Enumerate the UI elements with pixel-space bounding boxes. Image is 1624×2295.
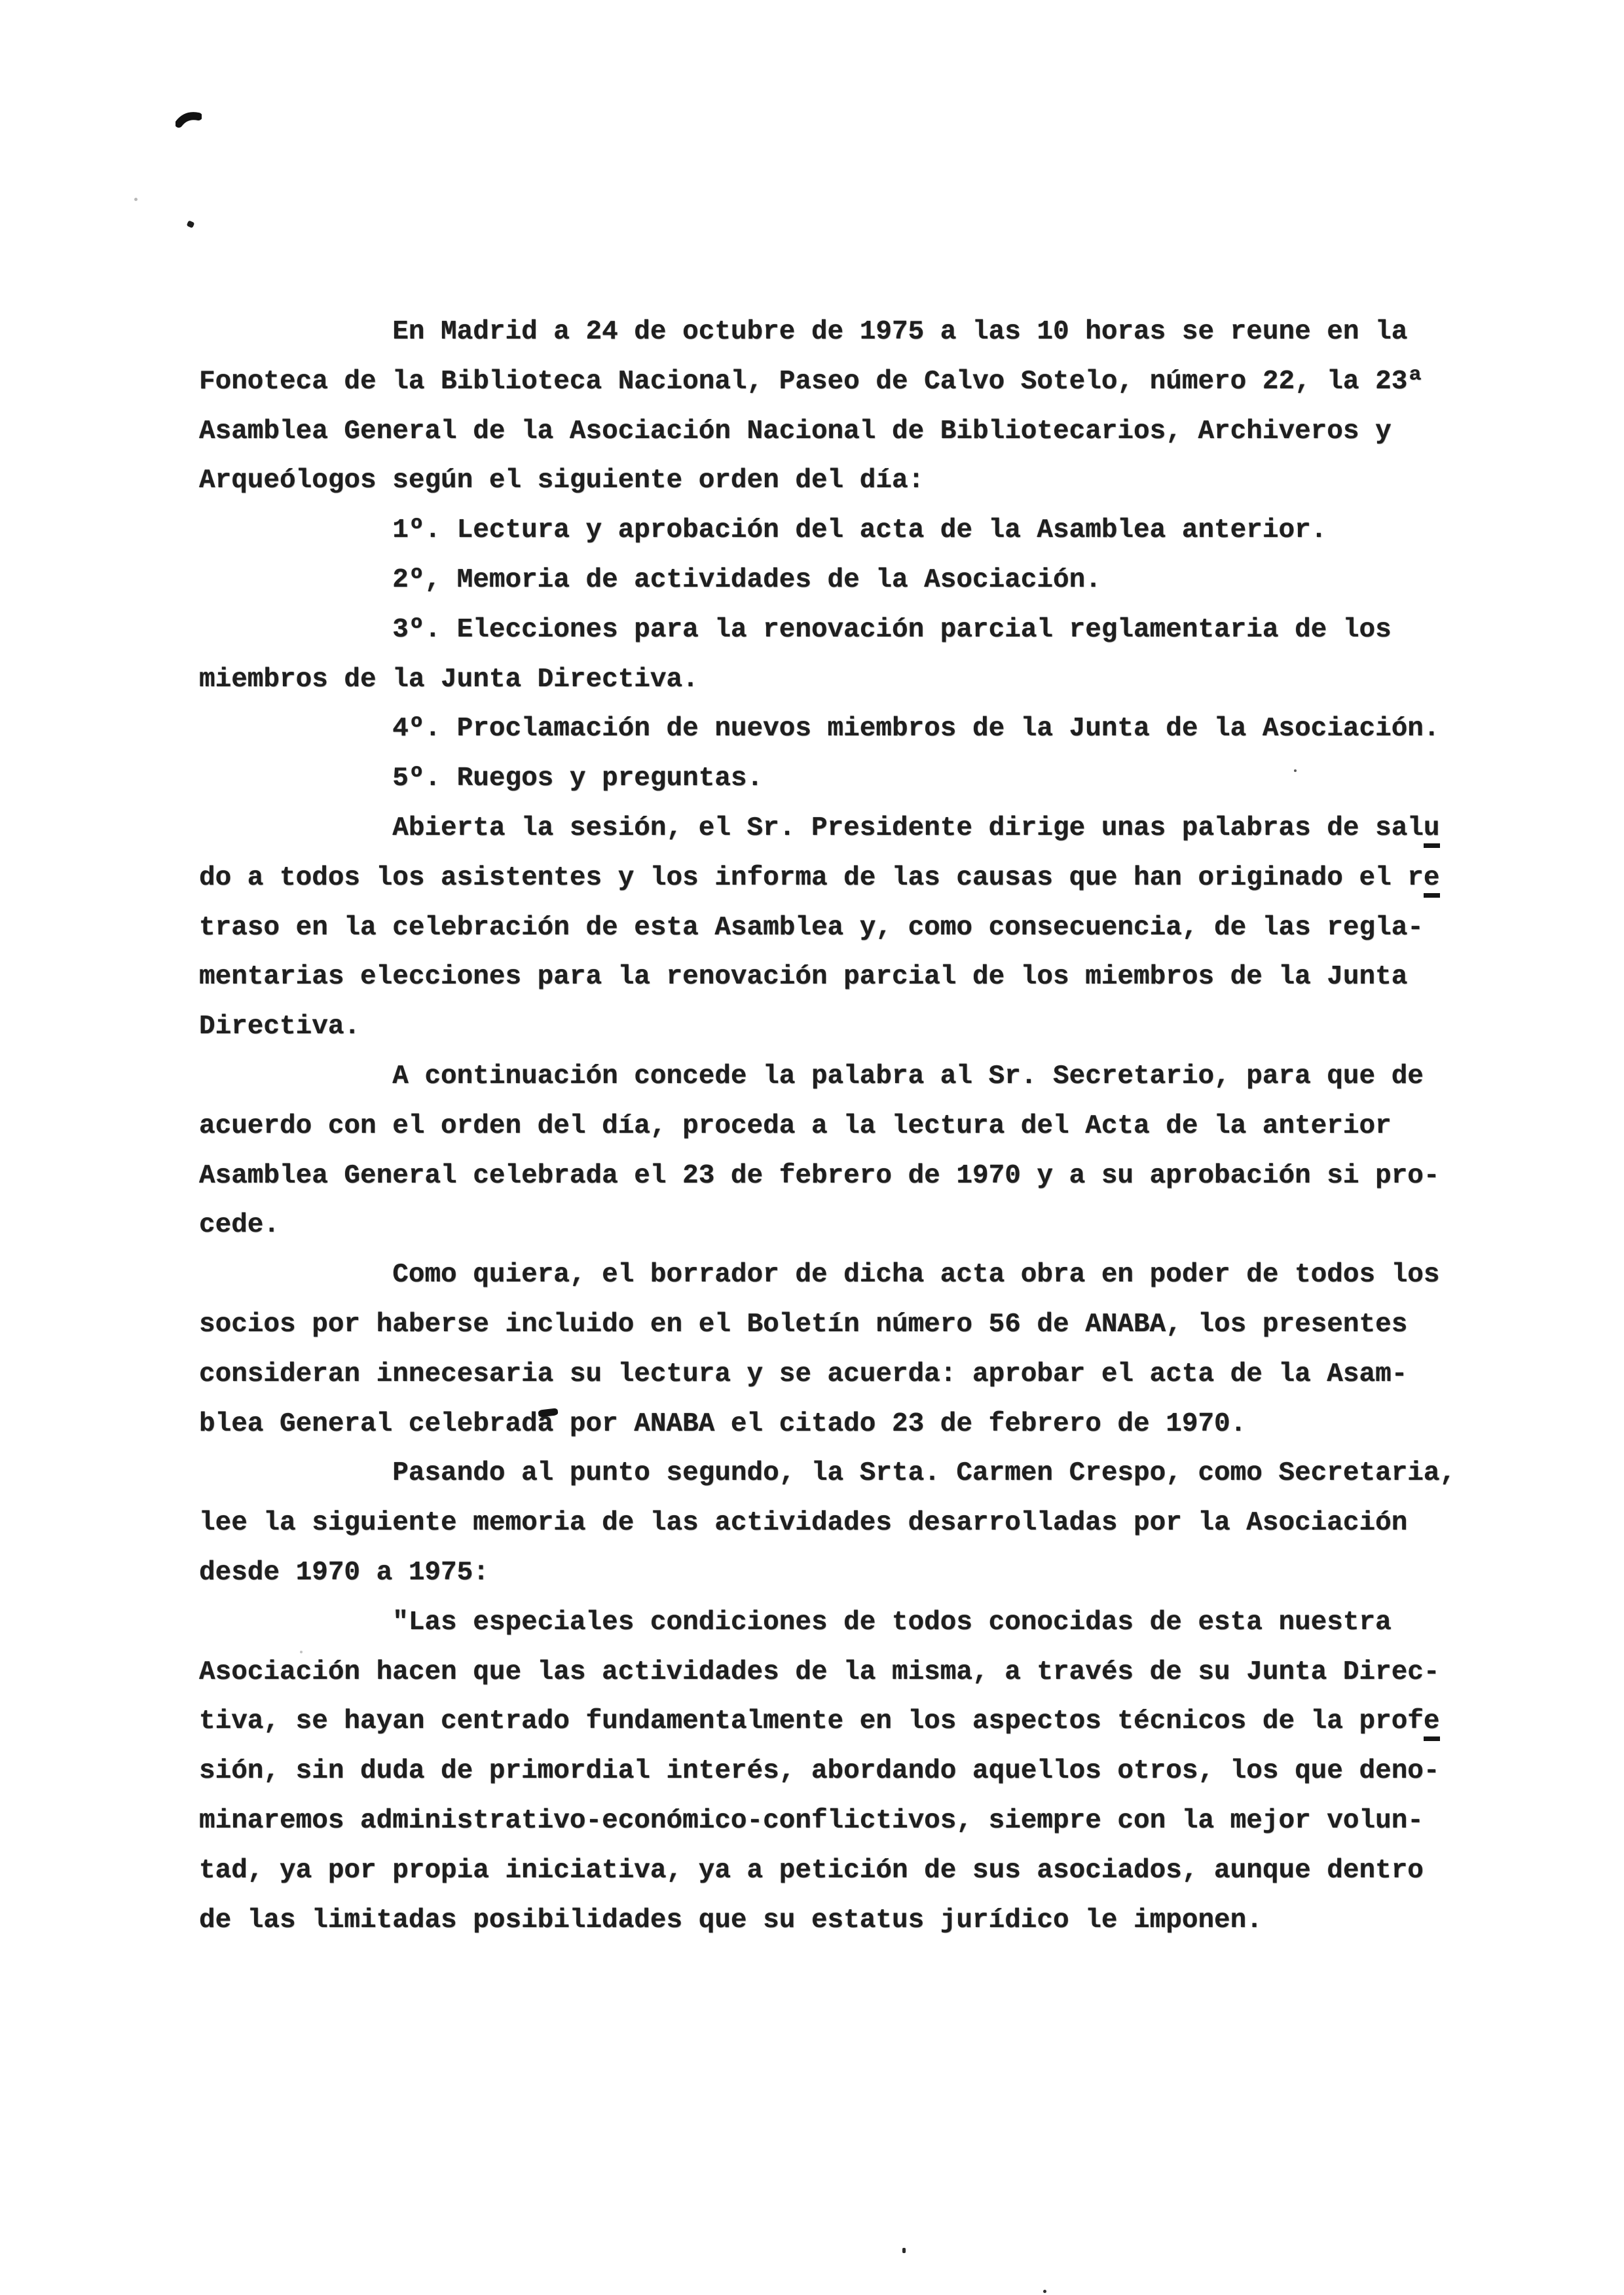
document-page: En Madrid a 24 de octubre de 1975 a las … — [0, 0, 1624, 2295]
text-line: sión, sin duda de primordial interés, ab… — [199, 1747, 1541, 1797]
text-line: traso en la celebración de esta Asamblea… — [199, 904, 1541, 953]
line-text: Como quiera, el borrador de dicha acta o… — [199, 1260, 1440, 1290]
text-line: socios por haberse incluido en el Boletí… — [199, 1300, 1541, 1350]
line-text: cede. — [199, 1210, 280, 1240]
line-text: Arqueólogos según el siguiente orden del… — [199, 466, 924, 496]
ink-speck — [134, 198, 138, 201]
underlined-syllable: e — [1424, 863, 1440, 898]
line-text: 2º, Memoria de actividades de la Asociac… — [199, 565, 1101, 595]
line-text: sión, sin duda de primordial interés, ab… — [199, 1756, 1440, 1786]
line-text: minaremos administrativo-económico-confl… — [199, 1806, 1424, 1836]
text-line: Asamblea General celebrada el 23 de febr… — [199, 1152, 1541, 1202]
text-line: miembros de la Junta Directiva. — [199, 655, 1541, 705]
text-line: Directiva. — [199, 1002, 1541, 1052]
line-text: lee la siguiente memoria de las activida… — [199, 1508, 1407, 1538]
text-line: Arqueólogos según el siguiente orden del… — [199, 456, 1541, 506]
line-text: desde 1970 a 1975: — [199, 1558, 489, 1588]
text-line: Fonoteca de la Biblioteca Nacional, Pase… — [199, 358, 1541, 407]
line-text: Asamblea General celebrada el 23 de febr… — [199, 1161, 1440, 1191]
line-text: Asamblea General de la Asociación Nacion… — [199, 416, 1392, 447]
text-line: 3º. Elecciones para la renovación parcia… — [199, 606, 1541, 655]
line-text: mentarias elecciones para la renovación … — [199, 962, 1407, 992]
line-text: tiva, se hayan centrado fundamentalmente… — [199, 1706, 1424, 1736]
text-line: acuerdo con el orden del día, proceda a … — [199, 1102, 1541, 1152]
ink-speck — [1043, 2290, 1046, 2293]
line-text: Fonoteca de la Biblioteca Nacional, Pase… — [199, 367, 1424, 397]
text-line: 4º. Proclamación de nuevos miembros de l… — [199, 705, 1541, 754]
text-line: Asamblea General de la Asociación Nacion… — [199, 407, 1541, 457]
text-line: blea General celebrada por ANABA el cita… — [199, 1400, 1541, 1450]
text-line: A continuación concede la palabra al Sr.… — [199, 1052, 1541, 1102]
line-text: blea General celebrada por ANABA el cita… — [199, 1409, 1246, 1439]
line-text: 4º. Proclamación de nuevos miembros de l… — [199, 714, 1440, 744]
line-text: A continuación concede la palabra al Sr.… — [199, 1061, 1424, 1092]
line-text: En Madrid a 24 de octubre de 1975 a las … — [199, 317, 1407, 347]
text-line: En Madrid a 24 de octubre de 1975 a las … — [199, 308, 1541, 358]
ink-speck — [902, 2248, 906, 2253]
text-line: 5º. Ruegos y preguntas. — [199, 754, 1541, 804]
typewritten-text-block: En Madrid a 24 de octubre de 1975 a las … — [199, 308, 1541, 1945]
text-line: Pasando al punto segundo, la Srta. Carme… — [199, 1449, 1541, 1499]
underlined-syllable: e — [1424, 1706, 1440, 1741]
text-line: 2º, Memoria de actividades de la Asociac… — [199, 556, 1541, 606]
text-line: tiva, se hayan centrado fundamentalmente… — [199, 1697, 1541, 1747]
text-line: cede. — [199, 1201, 1541, 1251]
line-text: 1º. Lectura y aprobación del acta de la … — [199, 515, 1327, 545]
line-text: Pasando al punto segundo, la Srta. Carme… — [199, 1458, 1456, 1488]
line-text: "Las especiales condiciones de todos con… — [199, 1607, 1392, 1638]
text-line: Asociación hacen que las actividades de … — [199, 1648, 1541, 1698]
line-text: tad, ya por propia iniciativa, ya a peti… — [199, 1856, 1424, 1886]
text-line: minaremos administrativo-económico-confl… — [199, 1797, 1541, 1846]
text-line: do a todos los asistentes y los informa … — [199, 854, 1541, 904]
line-text: Abierta la sesión, el Sr. Presidente dir… — [199, 813, 1424, 843]
ink-speck — [187, 220, 195, 228]
line-text: 3º. Elecciones para la renovación parcia… — [199, 615, 1392, 645]
text-line: de las limitadas posibilidades que su es… — [199, 1896, 1541, 1946]
ink-smudge-mark — [175, 111, 202, 130]
text-line: consideran innecesaria su lectura y se a… — [199, 1350, 1541, 1400]
text-line: Abierta la sesión, el Sr. Presidente dir… — [199, 804, 1541, 854]
text-line: "Las especiales condiciones de todos con… — [199, 1598, 1541, 1648]
text-line: lee la siguiente memoria de las activida… — [199, 1499, 1541, 1549]
text-line: desde 1970 a 1975: — [199, 1549, 1541, 1598]
line-text: miembros de la Junta Directiva. — [199, 665, 699, 695]
text-line: mentarias elecciones para la renovación … — [199, 953, 1541, 1002]
line-text: socios por haberse incluido en el Boletí… — [199, 1310, 1407, 1340]
line-text: Directiva. — [199, 1012, 360, 1042]
line-text: consideran innecesaria su lectura y se a… — [199, 1359, 1407, 1389]
line-text: Asociación hacen que las actividades de … — [199, 1657, 1440, 1687]
text-line: 1º. Lectura y aprobación del acta de la … — [199, 506, 1541, 556]
line-text: do a todos los asistentes y los informa … — [199, 863, 1424, 893]
line-text: de las limitadas posibilidades que su es… — [199, 1905, 1263, 1936]
line-text: 5º. Ruegos y preguntas. — [199, 763, 763, 794]
line-text: traso en la celebración de esta Asamblea… — [199, 913, 1424, 943]
underlined-syllable: u — [1424, 813, 1440, 848]
text-line: Como quiera, el borrador de dicha acta o… — [199, 1251, 1541, 1300]
line-text: acuerdo con el orden del día, proceda a … — [199, 1111, 1392, 1141]
text-line: tad, ya por propia iniciativa, ya a peti… — [199, 1846, 1541, 1896]
